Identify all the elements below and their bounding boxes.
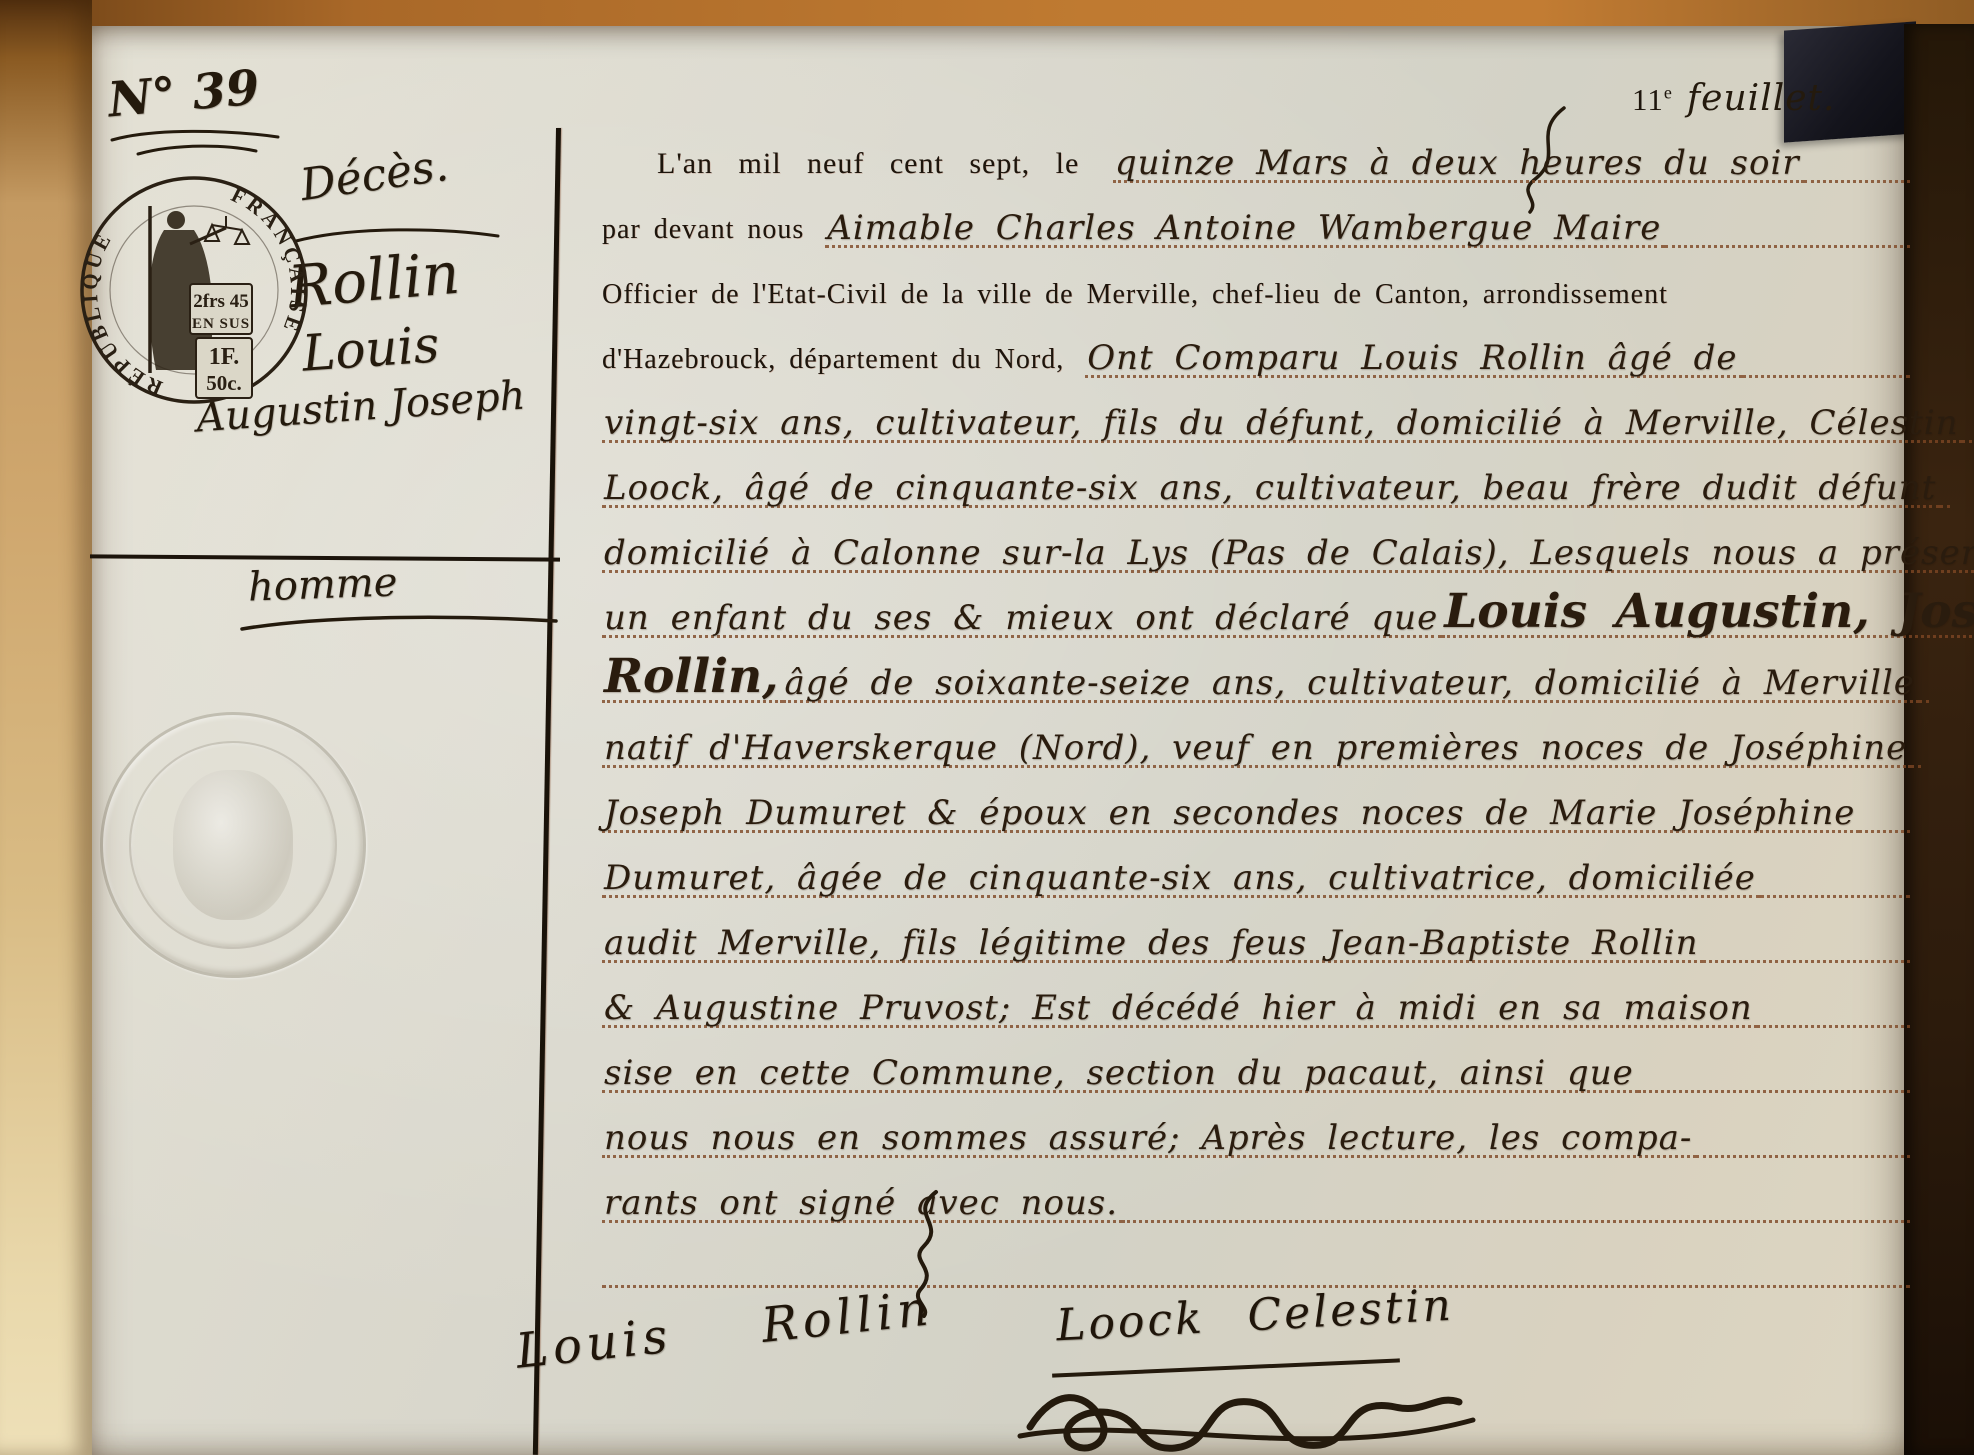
body-line-7: domicilié à Calonne sur-la Lys (Pas de C… (602, 508, 1910, 573)
margin-firstname: Louis (300, 315, 441, 382)
body-line-15: sise en cette Commune, section du pacaut… (602, 1028, 1910, 1093)
folio-header: 11efeuillet. (1632, 78, 1835, 119)
dotted-rule (602, 1284, 1910, 1288)
handwritten-entry: rants ont signé avec nous. (602, 1186, 1122, 1223)
scales-icon (205, 216, 249, 244)
handwritten-entry: Ont Comparu Louis Rollin âgé de (1085, 341, 1741, 378)
stamp-surcharge-value: 2frs 45 (193, 291, 248, 312)
body-line-12: Dumuret, âgée de cinquante-six ans, cult… (602, 833, 1910, 898)
body-line-6: Loock, âgé de cinquante-six ans, cultiva… (602, 443, 1910, 508)
body-line-4: d'Hazebrouck, département du Nord, Ont C… (602, 313, 1910, 378)
embossed-seal-figure (173, 770, 293, 920)
body-line-5: vingt-six ans, cultivateur, fils du défu… (602, 378, 1910, 443)
handwritten-entry: & Augustine Pruvost; Est décédé hier à m… (602, 991, 1757, 1028)
stamp-surcharge-label: EN SUS (192, 316, 250, 332)
handwritten-entry: Rollin, (602, 653, 783, 703)
folio-label: feuillet. (1687, 78, 1836, 119)
body-line-14: & Augustine Pruvost; Est décédé hier à m… (602, 963, 1910, 1028)
handwritten-entry: Loock, âgé de cinquante-six ans, cultiva… (602, 471, 1940, 508)
body-line-17: rants ont signé avec nous. (602, 1158, 1910, 1223)
register-photo: 11efeuillet. N° 39 Décès. Rollin Louis A… (0, 0, 1974, 1455)
mayor-signature-flourish (1015, 1372, 1485, 1455)
body-line-13: audit Merville, fils légitime des feus J… (602, 898, 1910, 963)
handwritten-entry: quinze Mars à deux heures du soir (1113, 146, 1804, 183)
folio-number: 11e (1632, 82, 1673, 117)
body-line-16: nous nous en sommes assuré; Après lectur… (602, 1093, 1910, 1158)
stamp-surcharge-tablet: 2frs 45 EN SUS (190, 284, 252, 334)
revenue-stamp: RÉPUBLIQUE FRANÇAISE 2frs 45 EN SUS (72, 168, 317, 413)
printed-form-text: Officier de l'Etat-Civil de la ville de … (602, 279, 1676, 313)
printed-form-text: d'Hazebrouck, département du Nord, (602, 344, 1085, 378)
dotted-rule (1919, 699, 1929, 703)
stamp-value-francs: 1F. (209, 344, 239, 370)
handwritten-entry: domicilié à Calonne sur-la Lys (Pas de C… (602, 536, 1974, 573)
embossed-seal (100, 712, 366, 978)
margin-sex-note: homme (247, 559, 398, 610)
printed-form-text: L'an mil neuf cent sept, le (657, 147, 1113, 183)
body-line-18 (602, 1223, 1910, 1288)
stamp-value-tablet: 1F. 50c. (196, 338, 252, 398)
flourish-under-number (106, 128, 286, 164)
handwritten-entry: Aimable Charles Antoine Wambergue Maire (825, 211, 1665, 248)
handwritten-entry: Dumuret, âgée de cinquante-six ans, cult… (602, 861, 1760, 898)
dotted-rule (1911, 764, 1921, 768)
body-line-1: L'an mil neuf cent sept, le quinze Mars … (602, 118, 1910, 183)
body-line-2: par devant nous Aimable Charles Antoine … (602, 183, 1910, 248)
handwritten-entry: nous nous en sommes assuré; Après lectur… (602, 1121, 1696, 1158)
handwritten-entry: un enfant du ses & mieux ont déclaré que (602, 601, 1442, 638)
handwritten-entry: Joseph Dumuret & époux en secondes noces… (602, 796, 1859, 833)
body-lines: L'an mil neuf cent sept, le quinze Mars … (602, 118, 1910, 1288)
dotted-rule (1940, 504, 1950, 508)
body-line-11: Joseph Dumuret & époux en secondes noces… (602, 768, 1910, 833)
handwritten-entry: âgé de soixante-seize ans, cultivateur, … (783, 666, 1919, 703)
body-line-3: Officier de l'Etat-Civil de la ville de … (602, 248, 1910, 313)
printed-form-text: par devant nous (602, 214, 825, 248)
stamp-value-centimes: 50c. (206, 371, 242, 395)
folio-suffix: e (1664, 83, 1673, 103)
handwritten-entry: vingt-six ans, cultivateur, fils du défu… (602, 406, 1962, 443)
book-right-edge (1904, 24, 1974, 1455)
handwritten-entry: Louis Augustin, Joseph (1442, 588, 1974, 638)
handwritten-entry: audit Merville, fils légitime des feus J… (602, 926, 1703, 963)
dotted-rule (1962, 439, 1972, 443)
body-line-10: natif d'Haverskerque (Nord), veuf en pre… (602, 703, 1910, 768)
handwritten-entry: natif d'Haverskerque (Nord), veuf en pre… (602, 731, 1911, 768)
flourish-under-sex-note (238, 610, 560, 638)
handwritten-entry: sise en cette Commune, section du pacaut… (602, 1056, 1638, 1093)
body-line-8: un enfant du ses & mieux ont déclaré que… (602, 573, 1910, 638)
body-line-9: Rollin, âgé de soixante-seize ans, culti… (602, 638, 1910, 703)
